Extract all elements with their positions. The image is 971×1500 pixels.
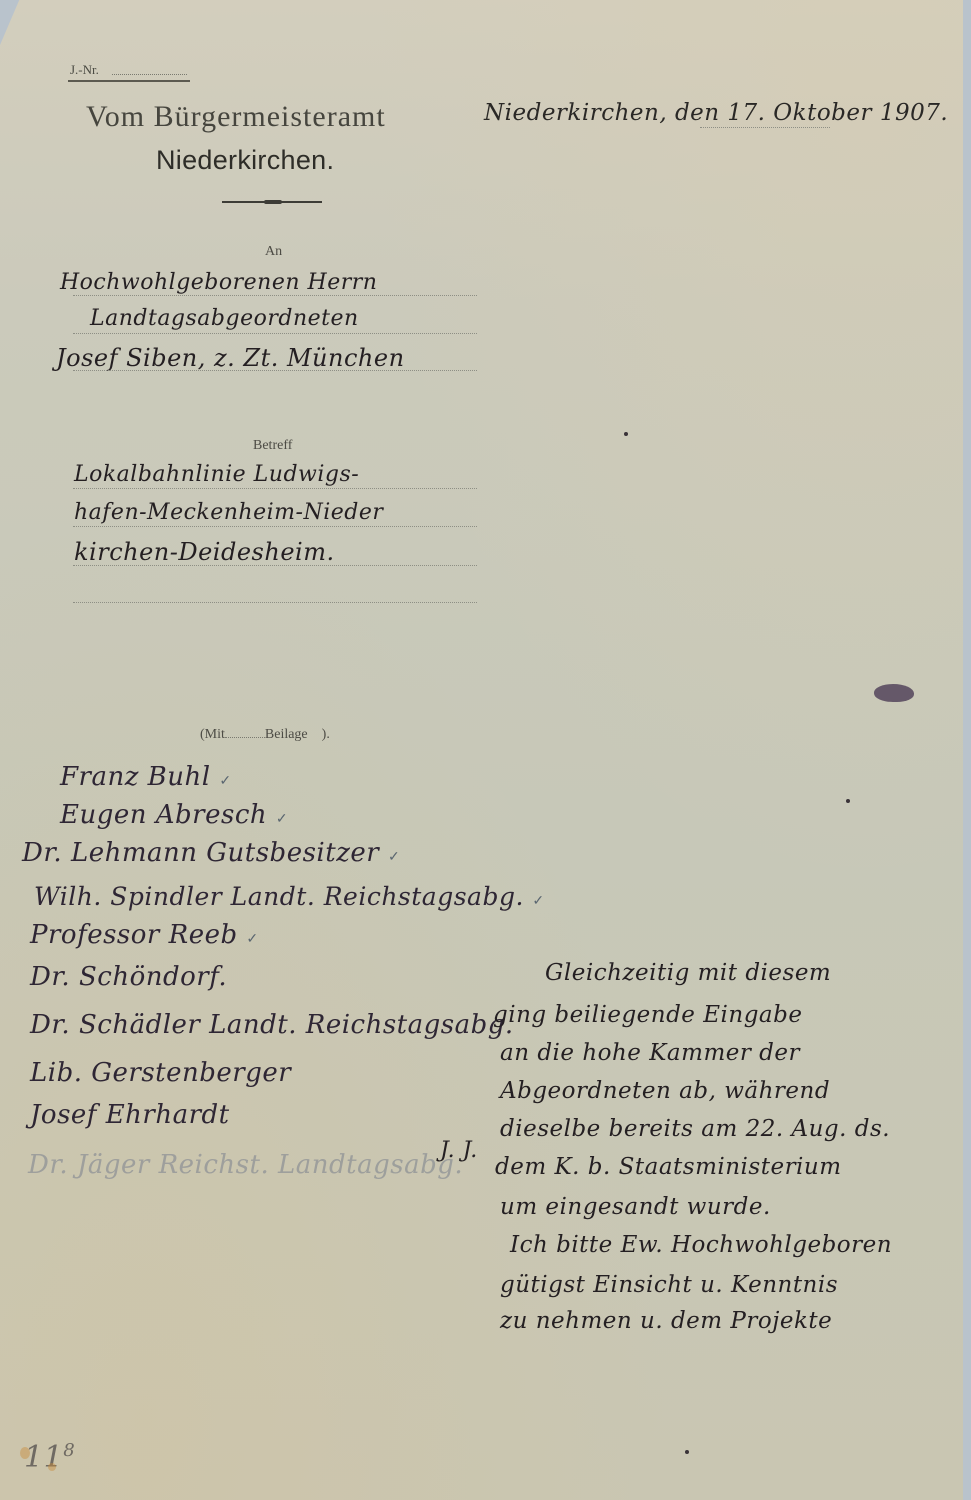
body-line: dem K. b. Staatsministerium [495, 1154, 842, 1180]
recipient-item: Dr. Lehmann Gutsbesitzer ✓ [22, 838, 400, 868]
addressee-line-1: Hochwohlgeborenen Herrn [60, 270, 377, 295]
body-line: Gleichzeitig mit diesem [545, 960, 831, 986]
recipient-item: Professor Reeb ✓ [30, 920, 259, 950]
town-heading: Niederkirchen. [156, 145, 334, 176]
journal-number-underline [68, 80, 190, 82]
enclosure-label: (MitBeilage). [200, 727, 330, 743]
folio-superscript: 8 [63, 1440, 75, 1461]
office-heading: Vom Bürgermeisteramt [86, 100, 386, 134]
recipient-item: Josef Ehrhardt [30, 1100, 230, 1130]
recipient-item: Wilh. Spindler Landt. Reichstagsabg. ✓ [34, 882, 545, 911]
dateline: Niederkirchen, den 17. Oktober 1907. [484, 100, 948, 126]
subject-dotted-rule [73, 602, 477, 603]
recipient-item: Franz Buhl ✓ [60, 762, 232, 792]
letter-page: J.-Nr. Vom Bürgermeisteramt Niederkirche… [0, 0, 963, 1500]
check-mark-icon: ✓ [276, 811, 288, 827]
ink-speck [624, 432, 628, 436]
body-line: an die hohe Kammer der [500, 1040, 800, 1066]
subject-dotted-rule [73, 526, 477, 527]
subject-line-3: kirchen-Deidesheim. [74, 538, 335, 566]
enclosure-count-field [225, 737, 265, 738]
enclosure-close: ). [322, 727, 330, 742]
ink-speck [846, 799, 850, 803]
check-mark-icon: ✓ [388, 849, 400, 865]
recipient-item: Dr. Schöndorf. [30, 962, 227, 992]
enclosure-word: Beilage [265, 727, 308, 742]
recipient-item: Lib. Gerstenberger [30, 1058, 291, 1088]
body-line: Ich bitte Ew. Hochwohlgeboren [510, 1232, 892, 1258]
addressee-label: An [265, 244, 282, 260]
check-mark-icon: ✓ [246, 931, 258, 947]
check-mark-icon: ✓ [219, 773, 231, 789]
body-line: um eingesandt wurde. [500, 1194, 771, 1220]
body-line: Abgeordneten ab, während [500, 1078, 830, 1104]
foxing-spot [48, 1463, 56, 1471]
body-line: gütigst Einsicht u. Kenntnis [500, 1272, 838, 1298]
recipient-item: Eugen Abresch ✓ [60, 800, 288, 830]
ink-stain [874, 684, 914, 702]
addressee-dotted-rule [73, 295, 477, 296]
addressee-dotted-rule [73, 333, 477, 334]
subject-line-2: hafen-Meckenheim-Nieder [74, 500, 383, 525]
ornamental-rule [222, 201, 322, 203]
check-mark-icon: ✓ [532, 893, 544, 909]
body-line: ging beiliegende Eingabe [493, 1002, 802, 1028]
initials: J. J. [440, 1138, 478, 1163]
subject-dotted-rule [73, 488, 477, 489]
ink-speck [685, 1450, 689, 1454]
addressee-line-3: Josef Siben, z. Zt. München [56, 344, 405, 372]
journal-number-field [112, 74, 187, 75]
addressee-dotted-rule [73, 370, 477, 371]
enclosure-open: (Mit [200, 727, 225, 742]
subject-label: Betreff [253, 438, 292, 454]
foxing-spot [20, 1447, 30, 1459]
subject-line-1: Lokalbahnlinie Ludwigs- [74, 462, 359, 487]
addressee-line-2: Landtagsabgeordneten [90, 306, 359, 331]
body-line: zu nehmen u. dem Projekte [500, 1308, 832, 1334]
dateline-dotted-rule [700, 127, 830, 128]
subject-dotted-rule [73, 565, 477, 566]
pencil-note: Dr. Jäger Reichst. Landtagsabg. [28, 1150, 463, 1180]
body-line: dieselbe bereits am 22. Aug. ds. [500, 1116, 890, 1142]
journal-number-label: J.-Nr. [70, 62, 99, 78]
recipient-item: Dr. Schädler Landt. Reichstagsabg. [30, 1010, 514, 1040]
